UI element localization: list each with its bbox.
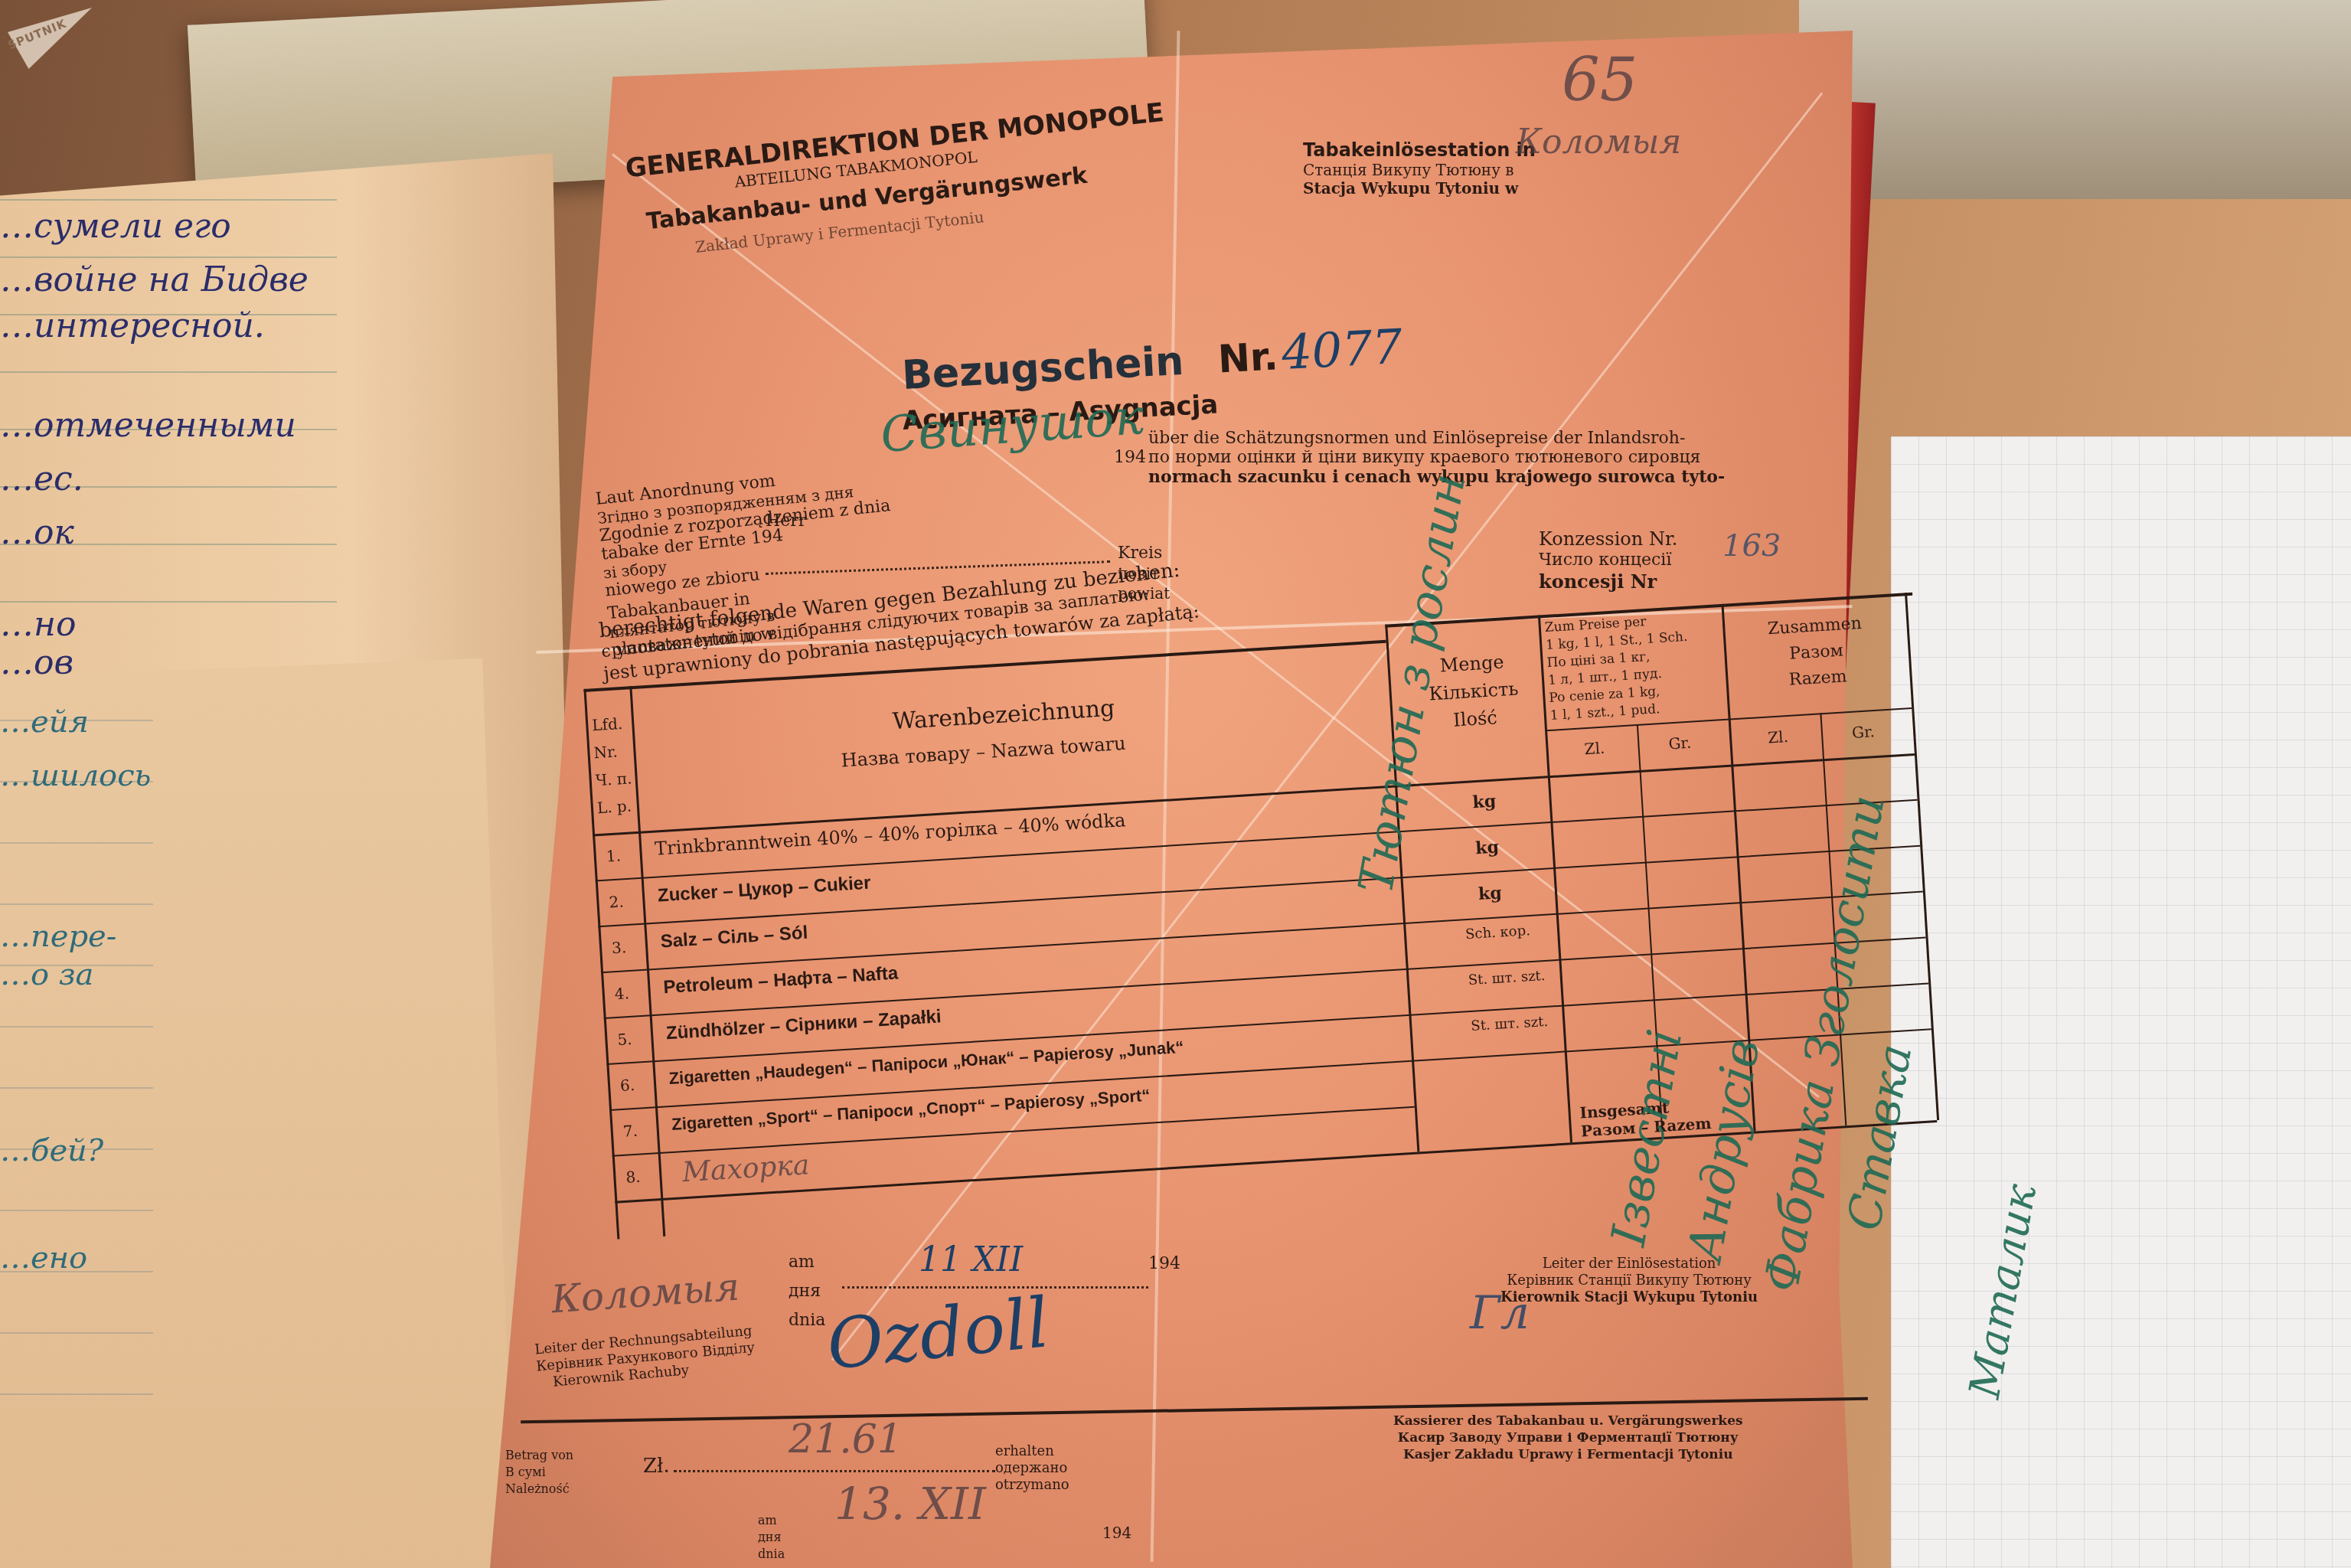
cashier-line: Kassierer des Tabakanbau u. Vergärungswe… <box>1393 1413 1743 1429</box>
header-row-line <box>593 753 1915 837</box>
concession-value: 163 <box>1722 528 1781 563</box>
lfd-label: Nr. <box>593 737 631 766</box>
date-label: am <box>789 1248 825 1277</box>
row-unit: Sch. кор. <box>1465 922 1543 942</box>
station-label-pl: Stacja Wykupu Tytoniu w <box>1303 179 1536 198</box>
station-block: Tabakeinlösestation in Станція Викупу Тю… <box>1303 139 1536 198</box>
amount-label: Należność <box>505 1481 573 1498</box>
ruled-lines <box>0 720 153 1409</box>
left-handwriting-line: …ок <box>0 513 74 552</box>
regulation-uk: по норми оцінки й ціни викупу краевого т… <box>1148 448 1725 467</box>
receipt-date-labels: am дня dnia <box>758 1512 785 1563</box>
insert-handwriting-line: …шилось <box>0 758 151 793</box>
row-number: 6. <box>619 1076 635 1095</box>
insert-handwriting-line: …бей? <box>0 1133 103 1168</box>
row-goods-handwritten: Махорка <box>681 1149 811 1188</box>
amount-label: Betrag von <box>505 1447 573 1464</box>
insert-handwriting-line: …о за <box>0 957 93 992</box>
station-label-de: Tabakeinlösestation in <box>1303 139 1536 161</box>
regulation-de: über die Schätzungsnormen und Einlösepre… <box>1148 429 1725 448</box>
left-handwriting-line: …интересной. <box>0 306 265 345</box>
station-head-line: Керівник Станції Викупу Тютюну <box>1500 1272 1758 1289</box>
insert-handwriting-line: …пере- <box>0 919 116 954</box>
dotted-field <box>674 1470 995 1472</box>
col-header-price: Zum Preise per 1 kg, 1 l, 1 St., 1 Sch. … <box>1544 611 1692 725</box>
row-goods: Petroleum – Нафта – Nafta <box>663 963 899 999</box>
station-head-signature: Гл <box>1470 1286 1530 1340</box>
receipt-received-labels: erhalten одержано otrzymano <box>995 1443 1069 1494</box>
lfd-label: Ч. п. <box>595 764 633 794</box>
left-handwriting-line: …но <box>0 605 76 644</box>
left-handwriting-line: …войне на Бидве <box>0 260 309 299</box>
graph-paper-sheet <box>1891 436 2351 1568</box>
price-zl-header: Zl. <box>1584 739 1605 759</box>
insert-handwriting-line: …ено <box>0 1240 87 1276</box>
concession-label-de: Konzession Nr. <box>1539 528 1677 550</box>
row-unit: St. шт. szt. <box>1471 1014 1549 1034</box>
regulation-year: 194 <box>1114 448 1146 467</box>
lfd-label: Lfd. <box>591 709 629 739</box>
insert-handwriting-line: …ейя <box>0 704 89 740</box>
lfd-label: L. p. <box>596 792 635 822</box>
page-number: 65 <box>1562 46 1638 115</box>
date-label: am <box>758 1512 785 1529</box>
row-goods: Salz – Сіль – Sól <box>660 923 808 953</box>
left-handwriting-line: …ес. <box>0 459 83 498</box>
row-unit: kg <box>1478 883 1502 904</box>
received-label: otrzymano <box>995 1477 1069 1494</box>
row-number: 4. <box>614 984 630 1003</box>
row-number: 5. <box>617 1030 633 1049</box>
col-header-goods: Warenbezeichnung <box>892 695 1116 736</box>
total-gr-header: Gr. <box>1851 722 1875 742</box>
signature-date-labels: am дня dnia <box>789 1248 825 1335</box>
order-label-herr: Herr <box>766 511 806 531</box>
background-folder-right <box>1799 0 2351 199</box>
receipt-amount-labels: Betrag von В сумі Należność <box>505 1447 573 1498</box>
cashier-line: Kasjer Zakładu Uprawy i Fermentacji Tyto… <box>1393 1446 1743 1463</box>
price-gr-header: Gr. <box>1668 733 1692 753</box>
cashier-label: Kassierer des Tabakanbau u. Vergärungswe… <box>1393 1413 1743 1463</box>
date-label: дня <box>789 1277 825 1306</box>
signature-year: 194 <box>1148 1254 1180 1273</box>
receipt-year: 194 <box>1102 1524 1131 1542</box>
row-unit: kg <box>1472 791 1497 812</box>
row-unit: kg <box>1475 837 1500 858</box>
concession-label-uk: Число концесії <box>1539 550 1677 571</box>
received-label: одержано <box>995 1460 1069 1477</box>
row-number: 1. <box>606 846 622 865</box>
station-head-line: Kierownik Stacji Wykupu Tytoniu <box>1500 1289 1758 1306</box>
row-unit: St. шт. szt. <box>1468 968 1546 988</box>
total-zl-header: Zl. <box>1767 727 1788 747</box>
receipt-currency: Zł. <box>643 1455 670 1478</box>
cashier-line: Касир Заводу Управи і Ферментації Тютюну <box>1393 1429 1743 1446</box>
station-label-uk: Станція Викупу Тютюну в <box>1303 161 1536 179</box>
title-nr-value: 4077 <box>1280 318 1403 381</box>
station-handwritten: Коломыя <box>1516 122 1682 162</box>
row-goods: Zucker – Цукор – Cukier <box>657 873 871 907</box>
row-number: 3. <box>611 938 627 957</box>
row-number: 2. <box>609 892 625 911</box>
concession-label-pl: koncesji Nr <box>1539 571 1677 593</box>
date-label: dnia <box>758 1546 785 1563</box>
title-nr-label: Nr. <box>1217 334 1279 381</box>
row-number: 7. <box>622 1122 638 1141</box>
concession-block: Konzession Nr. Число концесії koncesji N… <box>1539 528 1677 593</box>
received-label: erhalten <box>995 1443 1069 1460</box>
date-label: dnia <box>789 1306 825 1335</box>
left-handwriting-line: …сумели его <box>0 207 231 246</box>
date-label: дня <box>758 1529 785 1546</box>
amount-label: В сумі <box>505 1464 573 1481</box>
row-number: 8. <box>625 1168 642 1187</box>
col-header-lfd: Lfd. Nr. Ч. п. L. p. <box>591 709 635 822</box>
receipt-date-handwritten: 13. XII <box>834 1478 986 1530</box>
col-header-total: Zusammen Разом Razem <box>1738 609 1895 697</box>
left-handwriting-line: …отмеченными <box>0 406 296 445</box>
signature-date-handwritten: 11 XII <box>919 1240 1023 1279</box>
receipt-amount-handwritten: 21.61 <box>789 1416 903 1462</box>
col-header-goods-sub: Назва товару – Nazwa towaru <box>841 733 1126 772</box>
